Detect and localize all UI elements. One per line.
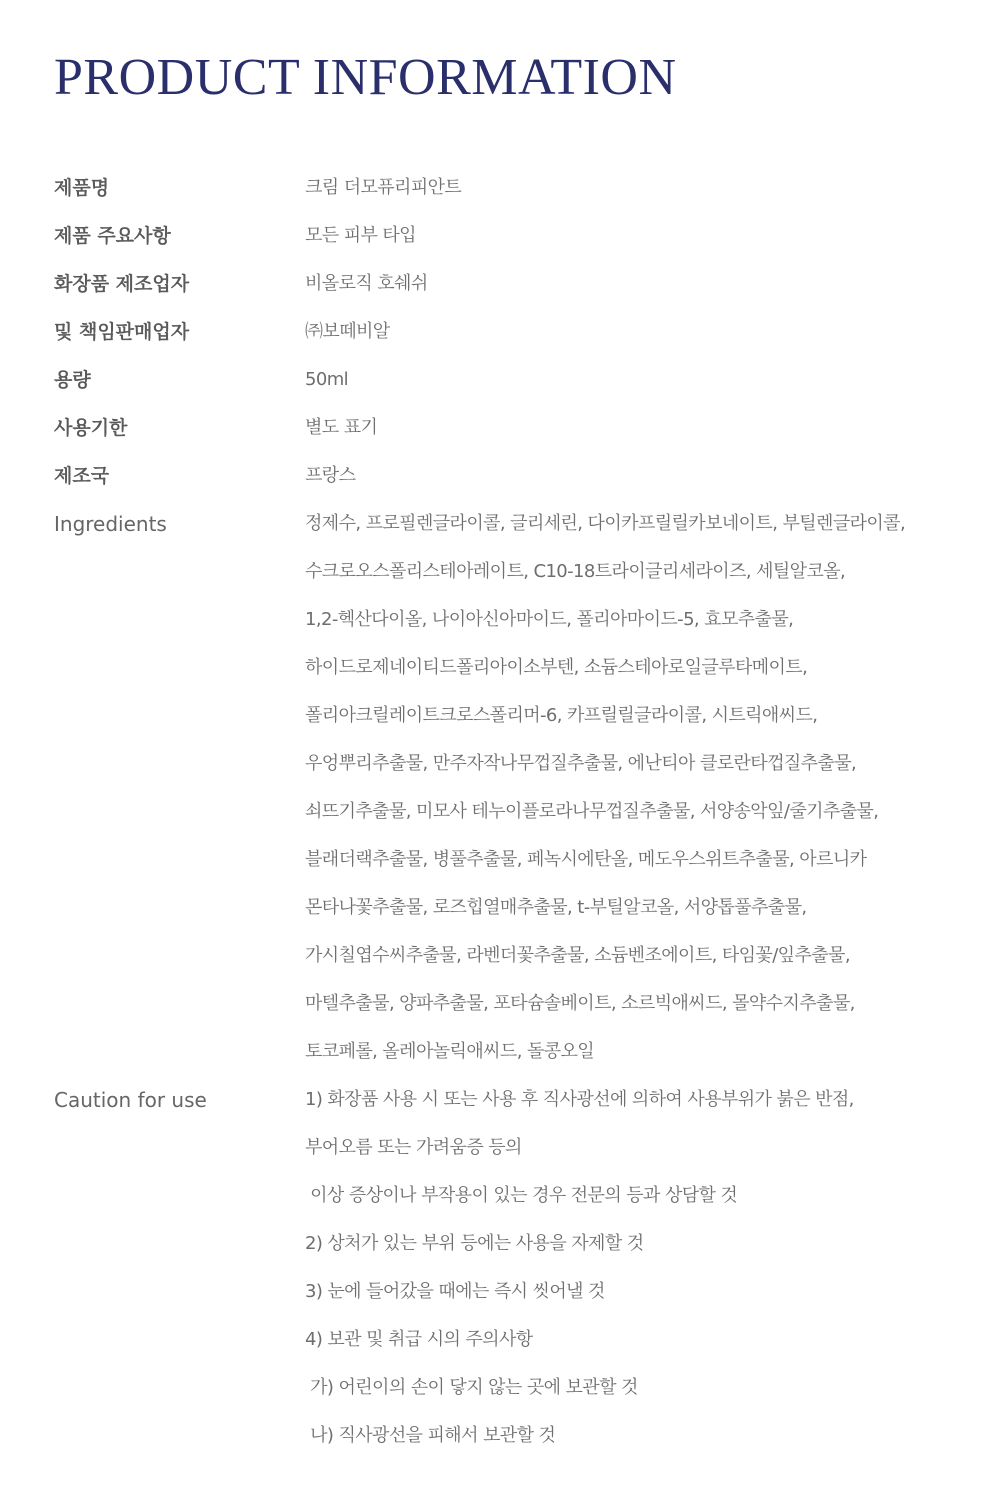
info-value: 모든 피부 타입 (305, 212, 984, 260)
info-row-caution: Caution for use 1) 화장품 사용 시 또는 사용 후 직사광선… (54, 1076, 984, 1460)
info-label: 사용기한 (54, 404, 305, 452)
ingredients-line: 토코페롤, 올레아놀릭애씨드, 돌콩오일 (305, 1028, 984, 1076)
info-label: 제조국 (54, 452, 305, 500)
info-row-volume: 용량 50ml (54, 356, 984, 404)
info-row-key-features: 제품 주요사항 모든 피부 타입 (54, 212, 984, 260)
ingredients-line: 폴리아크릴레이트크로스폴리머-6, 카프릴릴글라이콜, 시트릭애씨드, (305, 692, 984, 740)
ingredients-line: 하이드로제네이티드폴리아이소부텐, 소듐스테아로일글루타메이트, (305, 644, 984, 692)
info-value: 비올로직 호쉐쉬 (305, 260, 984, 308)
info-label: 및 책임판매업자 (54, 308, 305, 356)
ingredients-line: 쇠뜨기추출물, 미모사 테누이플로라나무껍질추출물, 서양송악잎/줄기추출물, (305, 788, 984, 836)
info-row-expiry: 사용기한 별도 표기 (54, 404, 984, 452)
caution-line: 이상 증상이나 부작용이 있는 경우 전문의 등과 상담할 것 (305, 1172, 984, 1220)
ingredients-line: 블래더랙추출물, 병풀추출물, 페녹시에탄올, 메도우스위트추출물, 아르니카 (305, 836, 984, 884)
info-row-country: 제조국 프랑스 (54, 452, 984, 500)
info-value: ㈜보떼비알 (305, 308, 984, 356)
caution-line: 2) 상처가 있는 부위 등에는 사용을 자제할 것 (305, 1220, 984, 1268)
caution-line: 부어오름 또는 가려움증 등의 (305, 1124, 984, 1172)
info-row-ingredients: Ingredients 정제수, 프로필렌글라이콜, 글리세린, 다이카프릴릴카… (54, 500, 984, 1076)
page-title: PRODUCT INFORMATION (54, 48, 677, 108)
ingredients-line: 몬타나꽃추출물, 로즈힙열매추출물, t-부틸알코올, 서양톱풀추출물, (305, 884, 984, 932)
info-value: 별도 표기 (305, 404, 984, 452)
info-label: 화장품 제조업자 (54, 260, 305, 308)
info-value: 50ml (305, 356, 984, 404)
caution-line: 나) 직사광선을 피해서 보관할 것 (305, 1412, 984, 1460)
info-label: 용량 (54, 356, 305, 404)
info-label: 제품 주요사항 (54, 212, 305, 260)
caution-label: Caution for use (54, 1076, 305, 1124)
info-value: 프랑스 (305, 452, 984, 500)
caution-line: 4) 보관 및 취급 시의 주의사항 (305, 1316, 984, 1364)
ingredients-line: 우엉뿌리추출물, 만주자작나무껍질추출물, 에난티아 클로란타껍질추출물, (305, 740, 984, 788)
caution-list: 1) 화장품 사용 시 또는 사용 후 직사광선에 의하여 사용부위가 붉은 반… (305, 1076, 984, 1460)
ingredients-line: 정제수, 프로필렌글라이콜, 글리세린, 다이카프릴릴카보네이트, 부틸렌글라이… (305, 500, 984, 548)
info-row-manufacturer: 화장품 제조업자 비올로직 호쉐쉬 (54, 260, 984, 308)
ingredients-line: 수크로오스폴리스테아레이트, C10-18트라이글리세라이즈, 세틸알코올, (305, 548, 984, 596)
caution-line: 3) 눈에 들어갔을 때에는 즉시 씻어낼 것 (305, 1268, 984, 1316)
caution-line: 가) 어린이의 손이 닿지 않는 곳에 보관할 것 (305, 1364, 984, 1412)
ingredients-list: 정제수, 프로필렌글라이콜, 글리세린, 다이카프릴릴카보네이트, 부틸렌글라이… (305, 500, 984, 1076)
ingredients-line: 1,2-헥산다이올, 나이아신아마이드, 폴리아마이드-5, 효모추출물, (305, 596, 984, 644)
info-row-product-name: 제품명 크림 더모퓨리피안트 (54, 164, 984, 212)
ingredients-line: 가시칠엽수씨추출물, 라벤더꽃추출물, 소듐벤조에이트, 타임꽃/잎추출물, (305, 932, 984, 980)
product-info-table: 제품명 크림 더모퓨리피안트 제품 주요사항 모든 피부 타입 화장품 제조업자… (54, 164, 984, 1460)
info-value: 크림 더모퓨리피안트 (305, 164, 984, 212)
info-row-distributor: 및 책임판매업자 ㈜보떼비알 (54, 308, 984, 356)
ingredients-line: 마텔추출물, 양파추출물, 포타슘솔베이트, 소르빅애씨드, 몰약수지추출물, (305, 980, 984, 1028)
info-label: 제품명 (54, 164, 305, 212)
caution-line: 1) 화장품 사용 시 또는 사용 후 직사광선에 의하여 사용부위가 붉은 반… (305, 1076, 984, 1124)
ingredients-label: Ingredients (54, 500, 305, 548)
